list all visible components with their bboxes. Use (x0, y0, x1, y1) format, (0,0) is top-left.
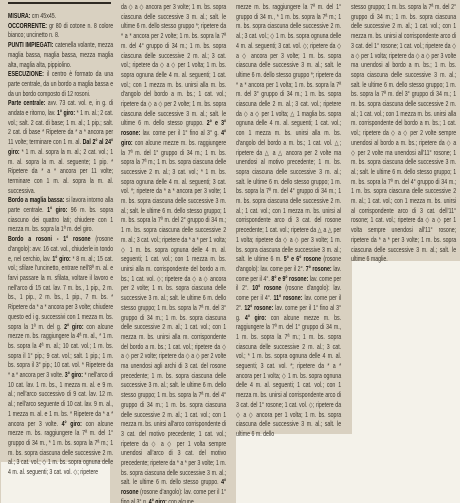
instructions-column-1: MISURA: cm 45x45.OCCORRENTE: gr 80 di co… (8, 11, 113, 477)
bold-run: 4° giro: (245, 313, 266, 322)
bold-run: Bordo a rosoni - 1° rosone (8, 234, 91, 243)
paragraph: Bordo a maglia bassa: si lavora intorno … (8, 195, 113, 234)
text-run: da ◇ a ◇ ancora per 3 volte; 1 m. bs. so… (121, 2, 226, 127)
bold-run: PUNTI IMPIEGATI: (8, 40, 54, 49)
paragraph: stesso gruppo; 1 m. bs. sopra la 7ª m. d… (351, 2, 456, 264)
paragraph: OCCORRENTE: gr 80 di cotone n. 8 colore … (8, 21, 113, 40)
instructions-column-4: stesso gruppo; 1 m. bs. sopra la 7ª m. d… (351, 2, 456, 264)
text-run: con alcune mezze m. bs. raggiungere la 7… (121, 138, 226, 487)
text-run: mezze m. bs. raggiungere la 7ª m. del 1°… (236, 2, 341, 263)
bold-run: ESECUZIONE: (8, 69, 44, 78)
blank-area-bottom (236, 434, 460, 503)
bold-run: 1° giro: (57, 108, 75, 117)
text-run: * 1 m. al. sopra la m. al.; 2 cat. vol.;… (8, 147, 113, 195)
bold-run: 4° giro: (62, 419, 82, 428)
section-divider-rule (8, 2, 111, 4)
bold-run: 10° rosone (252, 283, 281, 292)
instructions-column-2: da ◇ a ◇ ancora per 3 volte; 1 m. bs. so… (121, 2, 226, 503)
bold-run: 8° e 9° rosone: (271, 274, 308, 283)
text-run: con alcune (167, 497, 194, 503)
bold-run: 11° rosone: (273, 293, 302, 302)
text-run: con alcune mezze m. bs. raggiungere la 7… (236, 313, 341, 438)
text-run: stesso gruppo; 1 m. bs. sopra la 7ª m. d… (351, 2, 456, 263)
bold-run: 2° giro: (64, 322, 83, 331)
magazine-pattern-page: MISURA: cm 45x45.OCCORRENTE: gr 80 di co… (0, 0, 460, 503)
text-run: cm 45x45. (30, 11, 56, 20)
bold-run: 4° giro: (149, 497, 167, 503)
paragraph: mezze m. bs. raggiungere la 7ª m. del 1°… (236, 2, 341, 439)
paragraph: Parte centrale: avv. 73 cat. vol. e, in … (8, 98, 113, 195)
paragraph: ESECUZIONE: il centro è formato da una p… (8, 69, 113, 98)
bold-run: MISURA: (8, 11, 30, 20)
bold-run: Bordo a maglia bassa: (8, 195, 64, 204)
instructions-column-3: mezze m. bs. raggiungere la 7ª m. del 1°… (236, 2, 341, 439)
bold-run: 1° giro: (47, 205, 67, 214)
bold-run: Parte centrale: (8, 98, 45, 107)
bold-run: OCCORRENTE: (8, 21, 47, 30)
bold-run: 3° giro: (65, 370, 83, 379)
paragraph: PUNTI IMPIEGATI: catenella volante, mezz… (8, 40, 113, 69)
paragraph: MISURA: cm 45x45. (8, 11, 113, 21)
text-run: * 8 m. al.; 15 cat. vol.; sfilare l'unci… (8, 254, 113, 331)
bold-run: 1° giro: (52, 254, 70, 263)
paragraph: da ◇ a ◇ ancora per 3 volte; 1 m. bs. so… (121, 2, 226, 503)
bold-run: 12° rosone: (244, 303, 273, 312)
paragraph: Bordo a rosoni - 1° rosone (rosone d'ang… (8, 234, 113, 477)
text-run: lav. come per il 1° fino al 3° g. (140, 128, 221, 137)
bold-run: 7° rosone: (306, 264, 332, 273)
bold-run: 5° e 6° rosone (284, 254, 321, 263)
